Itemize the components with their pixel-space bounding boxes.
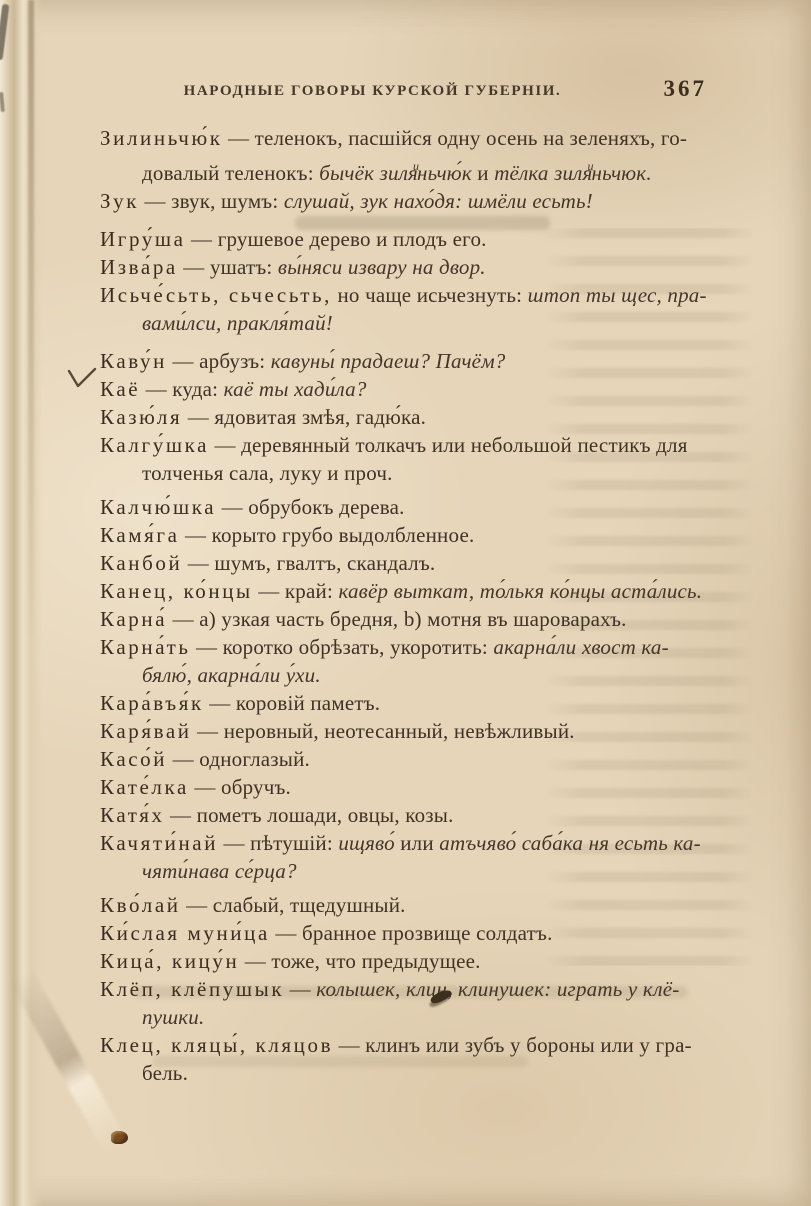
entry-term: Каё (100, 377, 140, 401)
entry-term: Карна́ (100, 607, 167, 631)
entry-definition: — тоже, что предыдущее. (239, 949, 480, 973)
entry-definition: — деревянный толкачъ или небольшой пести… (209, 433, 688, 457)
entry-definition: — коротко обрѣзать, укоротить: (191, 635, 494, 659)
entry-term: Кара́въя́к (100, 691, 204, 715)
entry-term: Ки́слая муни́ца (100, 921, 270, 945)
dictionary-entry: Зилиньчю́к — теленокъ, пасшійся одну осе… (100, 124, 718, 187)
entry-term: Кво́лай (100, 893, 181, 917)
dictionary-entry: Карна́ — а) узкая часть бредня, b) мотня… (100, 605, 718, 633)
handwritten-check-mark-icon (66, 366, 100, 390)
page-number: 367 (664, 76, 708, 102)
entry-definition: — (284, 977, 316, 1001)
dictionary-entry: Калчю́шка — обрубокъ дерева. (100, 493, 718, 521)
running-header: НАРОДНЫЕ ГОВОРЫ КУРСКОЙ ГУБЕРНІИ. (100, 83, 645, 100)
entry-definition: — неровный, неотесанный, невѣжливый. (192, 719, 575, 743)
entry-definition: — клинъ или зубъ у бороны или у гра- (333, 1033, 692, 1057)
dictionary-entry: Кво́лай — слабый, тщедушный. (100, 891, 718, 919)
entry-example: ищяво́ (338, 831, 400, 855)
dictionary-entry: Игру́ша — грушевое дерево и плодъ его. (100, 225, 718, 253)
entry-definition: или (400, 831, 439, 855)
entry-definition: — коровій паметъ. (204, 691, 380, 715)
entry-term: Казю́ля (100, 405, 182, 429)
entry-example: штоп ты щес, пра- (528, 283, 707, 307)
dictionary-entry: Канбой — шумъ, гвалтъ, скандалъ. (100, 549, 718, 577)
entry-term: Каря́вай (100, 719, 192, 743)
book-page: НАРОДНЫЕ ГОВОРЫ КУРСКОЙ ГУБЕРНІИ. 367 Зи… (0, 0, 811, 1206)
entry-definition: — обручъ. (189, 775, 291, 799)
dictionary-entries: Зилиньчю́к — теленокъ, пасшійся одну осе… (100, 124, 718, 1087)
entry-example: тёлка зиля (494, 161, 592, 185)
entry-definition: — корыто грубо выдолбленное. (180, 523, 475, 547)
entry-example: акарна́ли хвост ка- (493, 635, 668, 659)
entry-definition: — шумъ, гвалтъ, скандалъ. (182, 551, 435, 575)
entry-example: кавуны́ прадаеш? Пачём? (271, 349, 506, 373)
entry-definition: — ушатъ: (178, 255, 278, 279)
entry-example: вами́лси, пракля́тай! (142, 311, 333, 335)
entry-term: Игру́ша (100, 227, 186, 251)
entry-term: Исьче́сьть, сьчесьть, (100, 283, 332, 307)
entry-definition: — звук, шумъ: (139, 189, 284, 213)
entry-example: кавёр выткат, то́лькя ко́нцы аста́лись. (338, 579, 702, 603)
entry-definition: толченья сала, луку и проч. (142, 461, 393, 485)
entry-definition: — а) узкая часть бредня, b) мотня въ шар… (167, 607, 626, 631)
entry-definition: — бранное прозвище солдатъ. (270, 921, 553, 945)
entry-term: Изва́ра (100, 255, 178, 279)
entry-term: Кате́лка (100, 775, 189, 799)
entry-term: Зук (100, 189, 139, 213)
entry-example: вы́няси извару на двор. (278, 255, 486, 279)
dictionary-entry: Зук — звук, шумъ: слушай, зук нахо́дя: ш… (100, 187, 718, 215)
entry-term: Катя́х (100, 803, 165, 827)
entry-example: бычёк зиля (319, 161, 418, 185)
entry-term: Касо́й (100, 747, 167, 771)
entry-definition: но чаще исьчезнуть: (332, 283, 528, 307)
entry-example: каё ты хади́ла? (224, 377, 367, 401)
dictionary-entry: Клец, кляцы́, кляцов — клинъ или зубъ у … (100, 1031, 718, 1087)
dictionary-entry: Качяти́най — пѣтушій: ищяво́ или атъчяво… (100, 829, 718, 885)
entry-definition: бель. (142, 1061, 188, 1085)
entry-example: чяти́нава се́рца? (142, 859, 297, 883)
entry-term: Каву́н (100, 349, 167, 373)
dictionary-entry: Изва́ра — ушатъ: вы́няси извару на двор. (100, 253, 718, 281)
entry-definition: — пометъ лошади, овцы, козы. (165, 803, 454, 827)
dictionary-entry: Казю́ля — ядовитая змѣя, гадю́ка. (100, 403, 718, 431)
entry-example: ньчю́к (417, 161, 477, 185)
dictionary-entry: Катя́х — пометъ лошади, овцы, козы. (100, 801, 718, 829)
entry-example: ньчюк. (592, 161, 652, 185)
entry-definition: — куда: (140, 377, 223, 401)
dictionary-entry: Карна́ть — коротко обрѣзать, укоротить: … (100, 633, 718, 689)
entry-term: Кица́, кицу́н (100, 949, 239, 973)
page-header-row: НАРОДНЫЕ ГОВОРЫ КУРСКОЙ ГУБЕРНІИ. 367 (100, 80, 715, 110)
dictionary-entry: Каря́вай — неровный, неотесанный, невѣжл… (100, 717, 718, 745)
dictionary-entry: Исьче́сьть, сьчесьть, но чаще исьчезнуть… (100, 281, 718, 337)
entry-term: Клёп, клёпушык (100, 977, 284, 1001)
dictionary-entry: Камя́га — корыто грубо выдолбленное. (100, 521, 718, 549)
dictionary-entry: Каё — куда: каё ты хади́ла? (100, 375, 718, 403)
entry-example: пушки. (142, 1005, 204, 1029)
dictionary-entry: Кате́лка — обручъ. (100, 773, 718, 801)
dictionary-entry: Кара́въя́к — коровій паметъ. (100, 689, 718, 717)
entry-definition: — грушевое дерево и плодъ его. (186, 227, 487, 251)
entry-example: слушай, зук нахо́дя: шмёли есьть! (284, 189, 593, 213)
gutter-crease (28, 0, 34, 640)
entry-definition: довалый теленокъ: (142, 161, 319, 185)
entry-definition: — арбузъ: (167, 349, 271, 373)
entry-example: атъчяво́ саба́ка ня есьть ка- (439, 831, 701, 855)
dictionary-entry: Клёп, клёпушык — колышек, клин, клинушек… (100, 975, 718, 1031)
dictionary-entry: Каву́н — арбузъ: кавуны́ прадаеш? Пачём? (100, 347, 718, 375)
entry-term: Канец, ко́нцы (100, 579, 253, 603)
entry-term: Зилиньчю́к (100, 126, 223, 150)
entry-definition: — слабый, тщедушный. (181, 893, 406, 917)
entry-term: Канбой (100, 551, 182, 575)
entry-definition: — ядовитая змѣя, гадю́ка. (182, 405, 426, 429)
dictionary-entry: Калгу́шка — деревянный толкачъ или небол… (100, 431, 718, 487)
entry-term: Качяти́най (100, 831, 218, 855)
dictionary-entry: Ки́слая муни́ца — бранное прозвище солда… (100, 919, 718, 947)
dictionary-entry: Касо́й — одноглазый. (100, 745, 718, 773)
entry-definition: — пѣтушій: (218, 831, 338, 855)
entry-definition: — теленокъ, пасшійся одну осень на зелен… (223, 126, 688, 150)
entry-term: Калчю́шка (100, 495, 216, 519)
dictionary-entry: Канец, ко́нцы — край: кавёр выткат, то́л… (100, 577, 718, 605)
paper-speck (111, 1131, 128, 1144)
entry-definition: — обрубокъ дерева. (216, 495, 404, 519)
entry-definition: — одноглазый. (167, 747, 310, 771)
entry-example: бялю́, акарна́ли у́хи. (142, 663, 321, 687)
entry-example: колышек, клин, клинушек: играть у клё- (316, 977, 679, 1001)
dictionary-entry: Кица́, кицу́н — тоже, что предыдущее. (100, 947, 718, 975)
entry-term: Клец, кляцы́, кляцов (100, 1033, 333, 1057)
entry-definition: — край: (253, 579, 339, 603)
entry-definition: и (477, 161, 494, 185)
entry-term: Карна́ть (100, 635, 191, 659)
entry-term: Камя́га (100, 523, 180, 547)
entry-term: Калгу́шка (100, 433, 209, 457)
